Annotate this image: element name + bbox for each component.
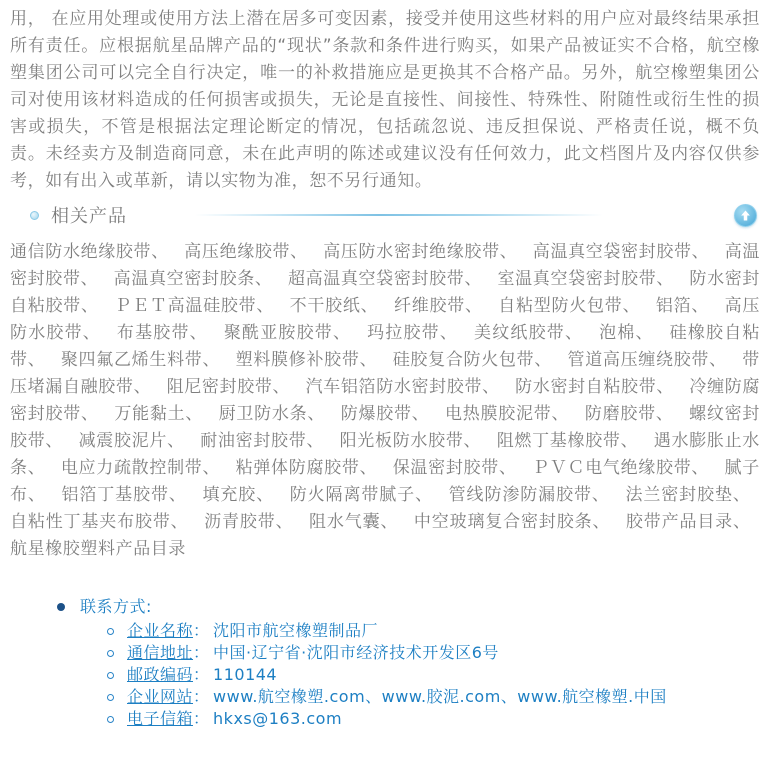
product-link[interactable]: 高温真空密封胶条 bbox=[114, 269, 273, 289]
product-link[interactable]: 胶带产品目录 bbox=[626, 512, 751, 532]
product-link[interactable]: 沥青胶带 bbox=[204, 512, 293, 532]
product-link[interactable]: 管道高压缠绕胶带 bbox=[568, 350, 727, 370]
circle-bullet-icon bbox=[107, 650, 114, 657]
contact-value: 中国·辽宁省·沈阳市经济技术开发区6号 bbox=[213, 642, 499, 664]
product-link[interactable]: 防磨胶带 bbox=[585, 404, 674, 424]
arrow-up-icon bbox=[738, 208, 753, 223]
contact-label-link[interactable]: 通信地址 bbox=[127, 642, 193, 664]
product-link[interactable]: 保温密封胶带 bbox=[393, 458, 517, 478]
related-products-header: 相关产品 bbox=[0, 200, 770, 230]
contact-value: www.航空橡塑.com、www.胶泥.com、www.航空橡塑.中国 bbox=[213, 686, 667, 708]
section-divider bbox=[195, 214, 603, 216]
product-link[interactable]: 室温真空袋密封胶带 bbox=[498, 269, 675, 289]
product-link[interactable]: 硅胶复合防火包带 bbox=[393, 350, 552, 370]
product-link[interactable]: 高温真空袋密封胶带 bbox=[533, 242, 710, 262]
product-link[interactable]: 美纹纸胶带 bbox=[474, 323, 583, 343]
contact-item: 邮政编码：110144 bbox=[107, 664, 770, 686]
product-link[interactable]: 减震胶泥片 bbox=[79, 431, 185, 451]
circle-bullet-icon bbox=[107, 672, 114, 679]
product-link[interactable]: 玛拉胶带 bbox=[367, 323, 458, 343]
contact-label-link[interactable]: 电子信箱 bbox=[127, 708, 193, 730]
section-title: 相关产品 bbox=[51, 202, 127, 228]
contact-colon: ： bbox=[193, 620, 209, 642]
product-link[interactable]: 厨卫防水条 bbox=[219, 404, 326, 424]
disc-bullet-icon bbox=[57, 603, 65, 611]
product-link[interactable]: 高压绝缘胶带 bbox=[184, 242, 308, 262]
contact-title: 联系方式: bbox=[80, 596, 152, 618]
product-link[interactable]: 纤维胶带 bbox=[394, 296, 483, 316]
contact-label-link[interactable]: 邮政编码 bbox=[127, 664, 193, 686]
product-link[interactable]: 填充胶 bbox=[202, 485, 274, 505]
product-link[interactable]: 自粘性丁基夹布胶带 bbox=[10, 512, 189, 532]
product-link[interactable]: 汽车铝箔防水密封胶带 bbox=[306, 377, 500, 397]
product-link[interactable]: 铝箔丁基胶带 bbox=[61, 485, 186, 505]
product-link[interactable]: ＰＥＴ高温硅胶带 bbox=[114, 296, 274, 316]
product-link[interactable]: 自粘型防火包带 bbox=[498, 296, 640, 316]
product-link[interactable]: 万能黏土 bbox=[114, 404, 203, 424]
disclaimer-text: 用， 在应用处理或使用方法上潜在居多可变因素，接受并使用这些材料的用户应对最终结… bbox=[10, 6, 760, 195]
product-link[interactable]: 聚四氟乙烯生料带 bbox=[61, 350, 220, 370]
product-link[interactable]: 电热膜胶泥带 bbox=[445, 404, 569, 424]
contact-colon: ： bbox=[193, 686, 209, 708]
page: 用， 在应用处理或使用方法上潜在居多可变因素，接受并使用这些材料的用户应对最终结… bbox=[0, 0, 770, 770]
product-link[interactable]: 防爆胶带 bbox=[341, 404, 430, 424]
contact-value: 110144 bbox=[213, 664, 277, 686]
contact-colon: ： bbox=[193, 664, 209, 686]
circle-bullet-icon bbox=[107, 628, 114, 635]
contact-label-link[interactable]: 企业网站 bbox=[127, 686, 193, 708]
contact-title-item: 联系方式: 企业名称：沈阳市航空橡塑制品厂通信地址：中国·辽宁省·沈阳市经济技术… bbox=[57, 596, 770, 730]
product-link[interactable]: 塑料膜修补胶带 bbox=[236, 350, 378, 370]
product-link[interactable]: 阻燃丁基橡胶带 bbox=[497, 431, 639, 451]
contact-item: 电子信箱：hkxs@163.com bbox=[107, 708, 770, 730]
product-link[interactable]: 中空玻璃复合密封胶条 bbox=[414, 512, 610, 532]
product-link[interactable]: 不干胶纸 bbox=[290, 296, 379, 316]
contact-value: 沈阳市航空橡塑制品厂 bbox=[213, 620, 378, 642]
product-link[interactable]: 电应力疏散控制带 bbox=[61, 458, 220, 478]
section-bullet-icon bbox=[30, 211, 39, 220]
contact-item: 企业名称：沈阳市航空橡塑制品厂 bbox=[107, 620, 770, 642]
product-link[interactable]: 铝箔 bbox=[656, 296, 709, 316]
product-list: 通信防水绝缘胶带 高压绝缘胶带 高压防水密封绝缘胶带 高温真空袋密封胶带 高温密… bbox=[10, 239, 760, 563]
contact-section: 联系方式: 企业名称：沈阳市航空橡塑制品厂通信地址：中国·辽宁省·沈阳市经济技术… bbox=[0, 596, 770, 730]
product-link[interactable]: 防火隔离带腻子 bbox=[290, 485, 433, 505]
product-link[interactable]: 超高温真空袋密封胶带 bbox=[288, 269, 482, 289]
contact-item: 通信地址：中国·辽宁省·沈阳市经济技术开发区6号 bbox=[107, 642, 770, 664]
back-to-top-button[interactable] bbox=[734, 204, 757, 227]
contact-title-row: 联系方式: bbox=[57, 596, 770, 618]
product-link[interactable]: 阻尼密封胶带 bbox=[167, 377, 291, 397]
contact-value: hkxs@163.com bbox=[213, 708, 342, 730]
product-link[interactable]: 耐油密封胶带 bbox=[200, 431, 324, 451]
product-link[interactable]: 阳光板防水胶带 bbox=[340, 431, 482, 451]
product-link[interactable]: 阻水气囊 bbox=[309, 512, 398, 532]
product-link[interactable]: 泡棉 bbox=[599, 323, 654, 343]
product-link[interactable]: 管线防渗防漏胶带 bbox=[449, 485, 610, 505]
product-link[interactable]: 航星橡胶塑料产品目录 bbox=[10, 539, 186, 559]
product-link[interactable]: 布基胶带 bbox=[117, 323, 208, 343]
contact-colon: ： bbox=[193, 708, 209, 730]
contact-items-list: 企业名称：沈阳市航空橡塑制品厂通信地址：中国·辽宁省·沈阳市经济技术开发区6号邮… bbox=[57, 620, 770, 730]
product-link[interactable]: 法兰密封胶垫 bbox=[625, 485, 750, 505]
contact-colon: ： bbox=[193, 642, 209, 664]
contact-label-link[interactable]: 企业名称 bbox=[127, 620, 193, 642]
product-link[interactable]: 聚酰亚胺胶带 bbox=[224, 323, 351, 343]
product-link[interactable]: ＰＶＣ电气绝缘胶带 bbox=[532, 458, 709, 478]
circle-bullet-icon bbox=[107, 716, 114, 723]
product-link[interactable]: 通信防水绝缘胶带 bbox=[10, 242, 169, 262]
contact-item: 企业网站：www.航空橡塑.com、www.胶泥.com、www.航空橡塑.中国 bbox=[107, 686, 770, 708]
product-link[interactable]: 防水密封自粘胶带 bbox=[515, 377, 674, 397]
product-link[interactable]: 粘弹体防腐胶带 bbox=[236, 458, 378, 478]
circle-bullet-icon bbox=[107, 694, 114, 701]
product-link[interactable]: 高压防水密封绝缘胶带 bbox=[323, 242, 517, 262]
